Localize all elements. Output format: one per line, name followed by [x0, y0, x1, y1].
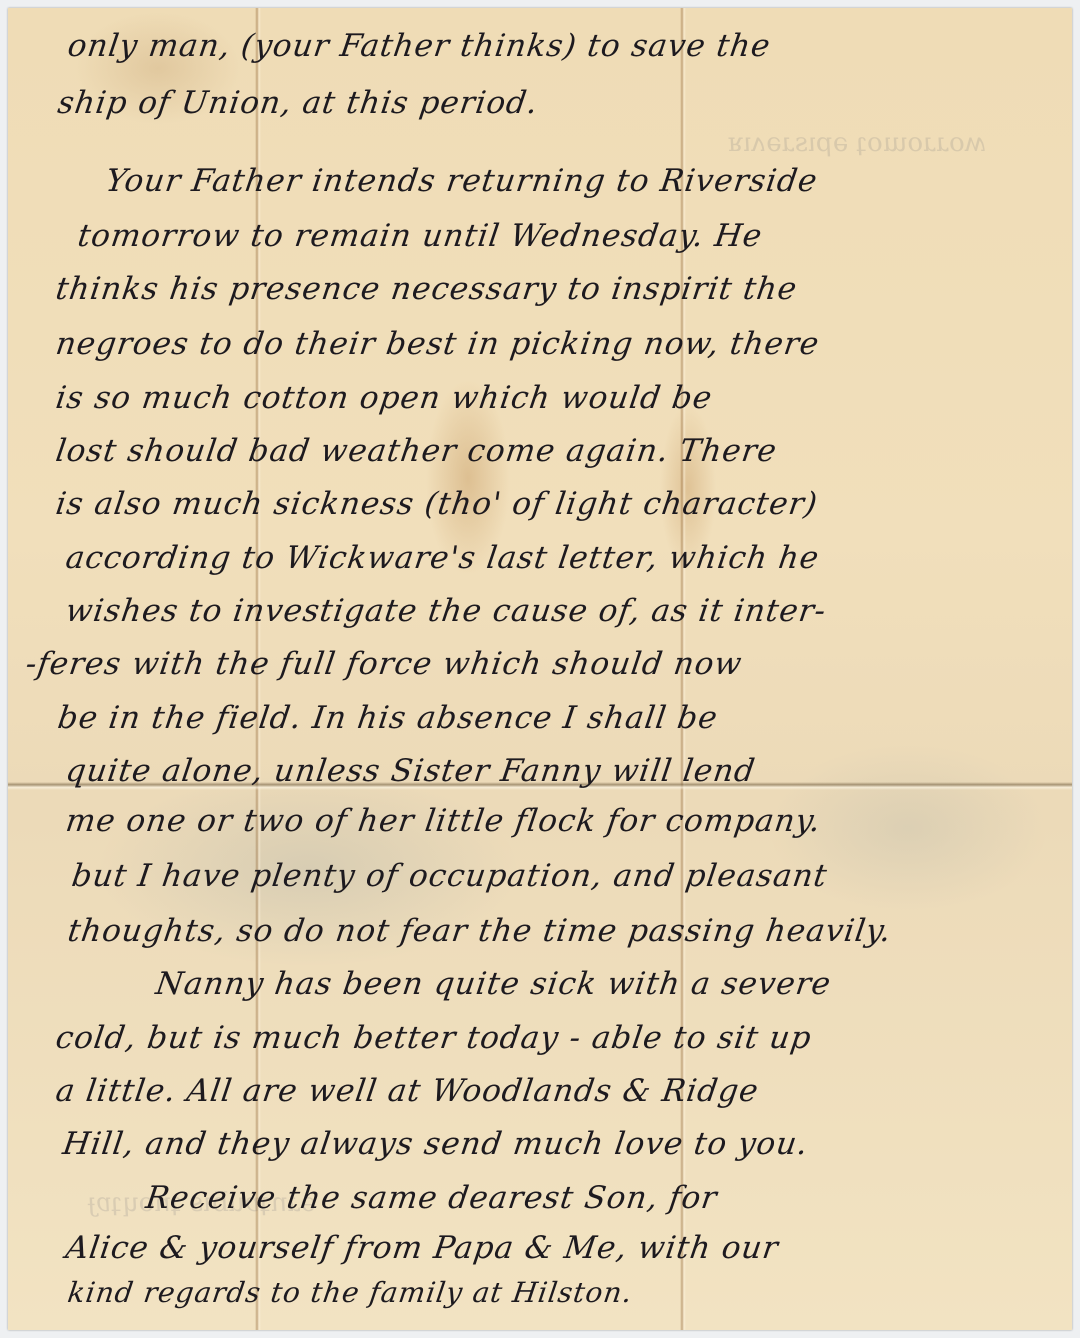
letter-line: me one or two of her little flock for co… [63, 803, 823, 839]
letter-line: wishes to investigate the cause of, as i… [63, 593, 828, 629]
letter-line: only man, (your Father thinks) to save t… [65, 28, 773, 64]
ink-bleed-through: ʍoɹɹoɯoʇ ǝpısɹǝʌıᴚ [726, 128, 989, 158]
letter-line: thoughts, so do not fear the time passin… [65, 913, 893, 949]
letter-line: kind regards to the family at Hilston. [66, 1276, 635, 1309]
letter-line: Alice & yourself from Papa & Me, with ou… [63, 1230, 780, 1266]
letter-line: lost should bad weather come again. Ther… [53, 433, 779, 469]
letter-page: ʍoɹɹoɯoʇ ǝpısɹǝʌıᴚ ǝɹnʇɐuƃıs ʇnoɥʇɐɟ onl… [8, 8, 1072, 1330]
letter-line: a little. All are well at Woodlands & Ri… [53, 1073, 761, 1109]
letter-line: negroes to do their best in picking now,… [53, 326, 821, 362]
letter-line: is so much cotton open which would be [53, 380, 714, 416]
letter-line: quite alone, unless Sister Fanny will le… [63, 753, 757, 789]
letter-line: -feres with the full force which should … [23, 646, 744, 682]
letter-line: Receive the same dearest Son, for [143, 1180, 719, 1216]
letter-line: be in the field. In his absence I shall … [55, 700, 720, 736]
letter-line: Nanny has been quite sick with a severe [153, 966, 833, 1002]
letter-line: according to Wickware's last letter, whi… [63, 540, 821, 576]
letter-line: thinks his presence necessary to inspiri… [53, 271, 799, 307]
letter-line: Your Father intends returning to Riversi… [103, 163, 820, 199]
letter-line: Hill, and they always send much love to … [60, 1126, 810, 1162]
letter-line: is also much sickness (tho' of light cha… [53, 486, 820, 522]
letter-line: tomorrow to remain until Wednesday. He [75, 218, 764, 254]
letter-line: ship of Union, at this period. [55, 85, 540, 121]
letter-line: but I have plenty of occupation, and ple… [69, 858, 829, 894]
letter-line: cold, but is much better today - able to… [53, 1020, 814, 1056]
